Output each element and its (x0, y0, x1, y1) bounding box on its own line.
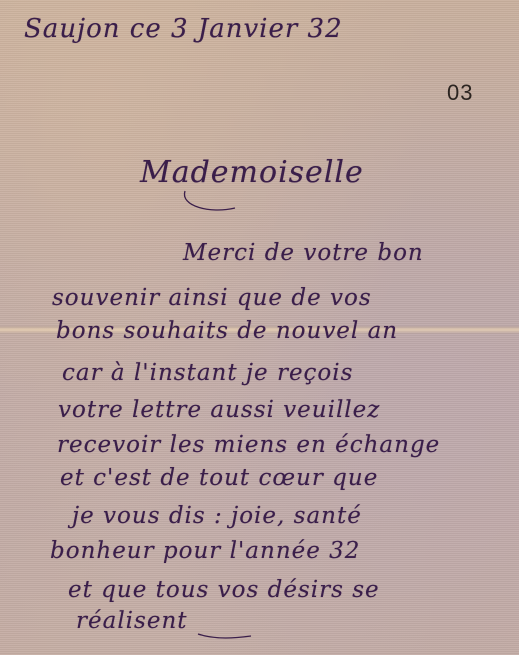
body-line: recevoir les miens en échange (57, 432, 440, 458)
letter-page: Saujon ce 3 Janvier 32 03 Mademoiselle M… (0, 0, 519, 655)
body-line: bonheur pour l'année 32 (50, 538, 360, 564)
body-line: et que tous vos désirs se (68, 577, 380, 603)
salutation: Mademoiselle (140, 155, 364, 190)
body-line: je vous dis : joie, santé (72, 503, 362, 529)
body-line: et c'est de tout cœur que (60, 465, 378, 491)
body-line: souvenir ainsi que de vos (52, 285, 372, 311)
closing-underline-icon (196, 628, 256, 648)
body-line: bons souhaits de nouvel an (56, 318, 398, 344)
body-line: réalisent (76, 608, 188, 634)
body-line: Merci de votre bon (183, 240, 424, 266)
body-line: car à l'instant je reçois (62, 360, 353, 386)
dateline: Saujon ce 3 Janvier 32 (24, 14, 343, 44)
salutation-flourish-icon (180, 186, 300, 216)
body-line: votre lettre aussi veuillez (58, 397, 380, 423)
page-number: 03 (447, 80, 473, 106)
